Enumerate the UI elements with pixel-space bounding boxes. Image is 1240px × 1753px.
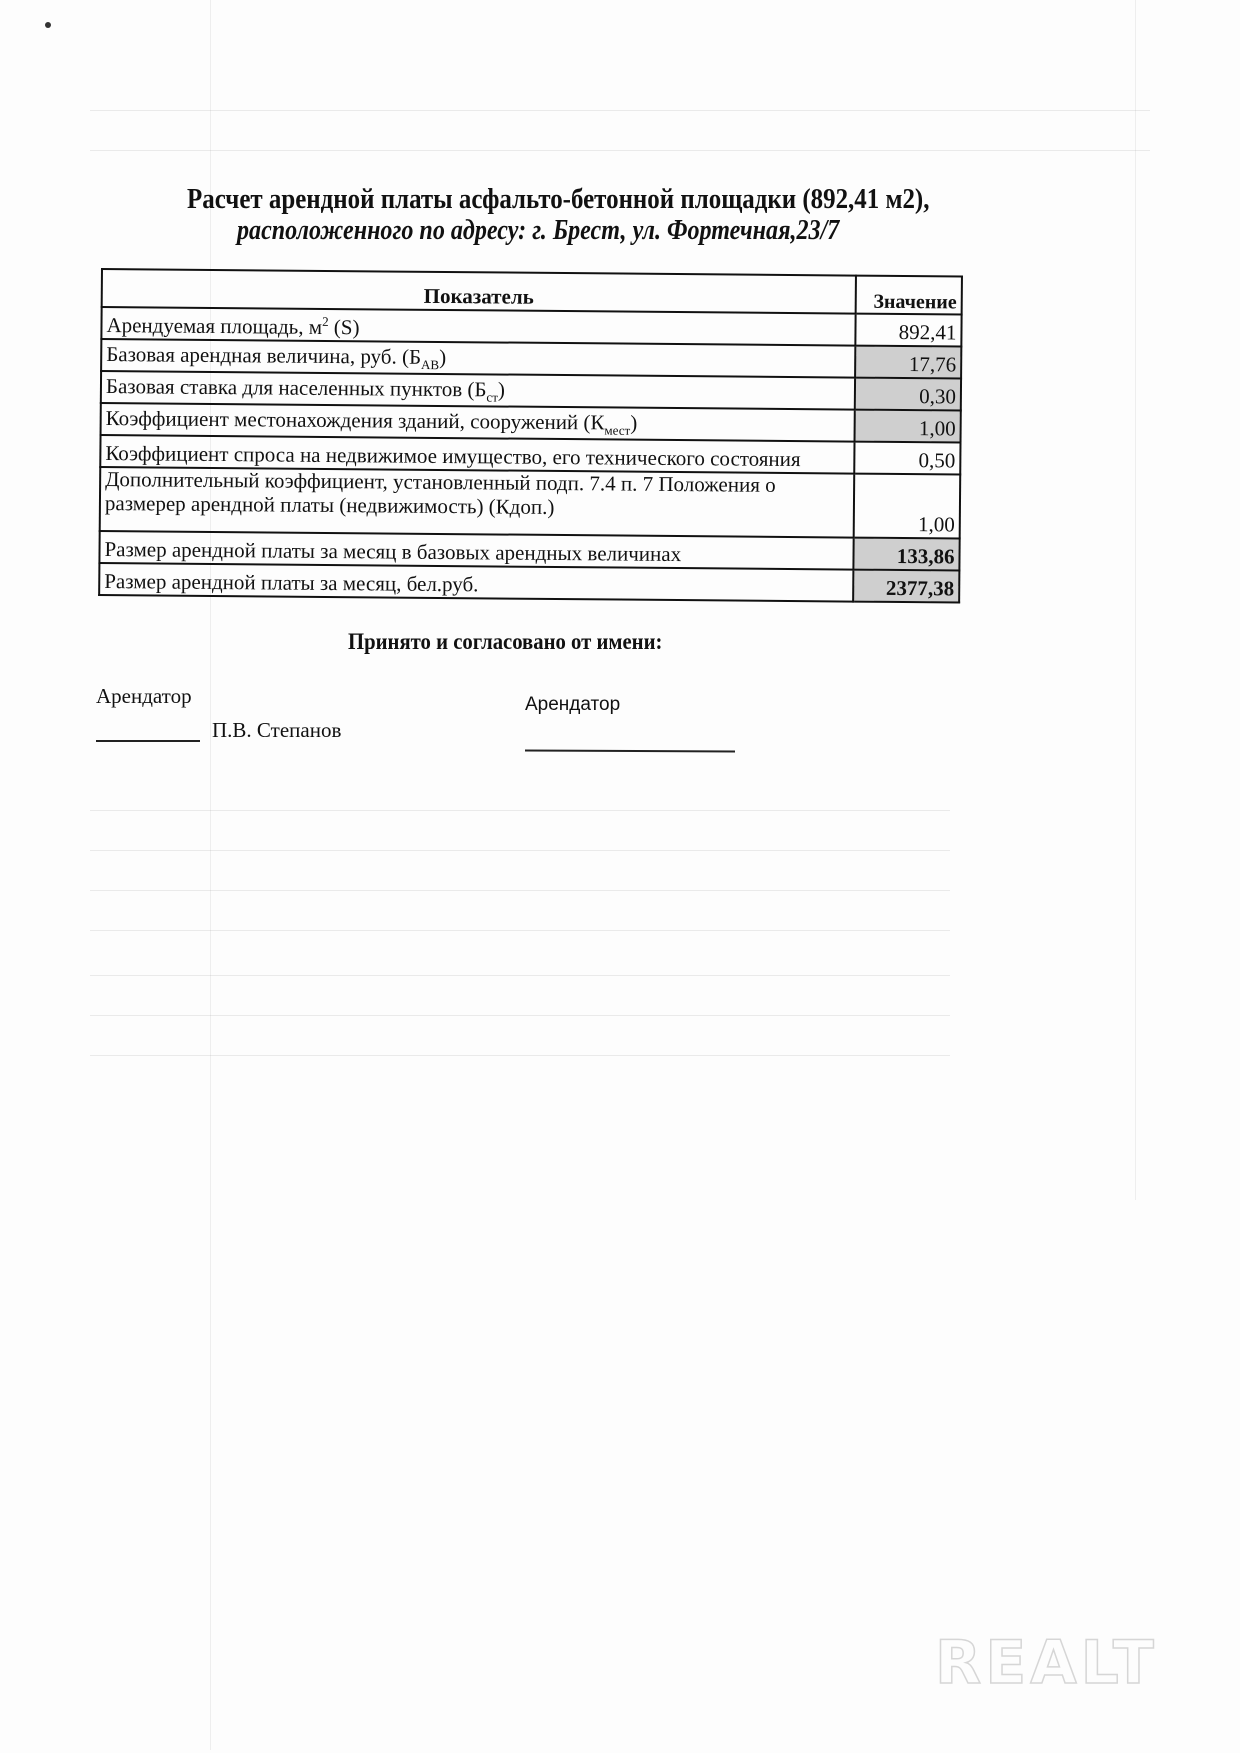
show-through-line — [90, 930, 950, 931]
signature-line-right — [525, 749, 735, 752]
table-row: Дополнительный коэффициент, установленны… — [100, 467, 961, 539]
show-through-line — [90, 850, 950, 851]
rent-calculation-table: Показатель Значение Арендуемая площадь, … — [98, 268, 963, 604]
tenant-label-left: Арендатор — [96, 684, 192, 709]
value-cell: 133,86 — [853, 538, 959, 571]
document-title: Расчет арендной платы асфальто-бетонной … — [187, 183, 929, 216]
scan-speck — [45, 22, 51, 28]
show-through-line — [90, 1015, 950, 1016]
value-cell: 1,00 — [854, 474, 961, 539]
value-cell: 17,76 — [855, 346, 961, 379]
realt-watermark-logo: REALT — [935, 1628, 1158, 1698]
indicator-cell: Дополнительный коэффициент, установленны… — [100, 467, 855, 538]
show-through-line — [90, 110, 1150, 111]
indicator-cell: Размер арендной платы за месяц, бел.руб. — [99, 563, 853, 602]
header-value: Значение — [856, 276, 962, 315]
tenant-label-right: Арендатор — [525, 694, 620, 716]
show-through-line — [90, 150, 1150, 151]
scan-artifact — [1135, 0, 1136, 1200]
value-cell: 2377,38 — [853, 570, 959, 603]
header-indicator: Показатель — [102, 269, 856, 314]
value-cell: 0,50 — [854, 442, 960, 475]
show-through-line — [90, 890, 950, 891]
tenant-name-left: П.В. Степанов — [212, 718, 341, 743]
table-row: Размер арендной платы за месяц, бел.руб.… — [99, 563, 959, 603]
document-subtitle-address: расположенного по адресу: г. Брест, ул. … — [237, 215, 839, 247]
show-through-line — [90, 810, 950, 811]
signature-line-left — [96, 740, 200, 742]
agreement-heading: Принято и согласовано от имени: — [348, 629, 662, 655]
scan-artifact — [210, 0, 211, 1750]
value-cell: 892,41 — [855, 314, 961, 347]
show-through-line — [90, 975, 950, 976]
show-through-line — [90, 1055, 950, 1056]
value-cell: 0,30 — [855, 378, 961, 411]
value-cell: 1,00 — [855, 410, 961, 443]
